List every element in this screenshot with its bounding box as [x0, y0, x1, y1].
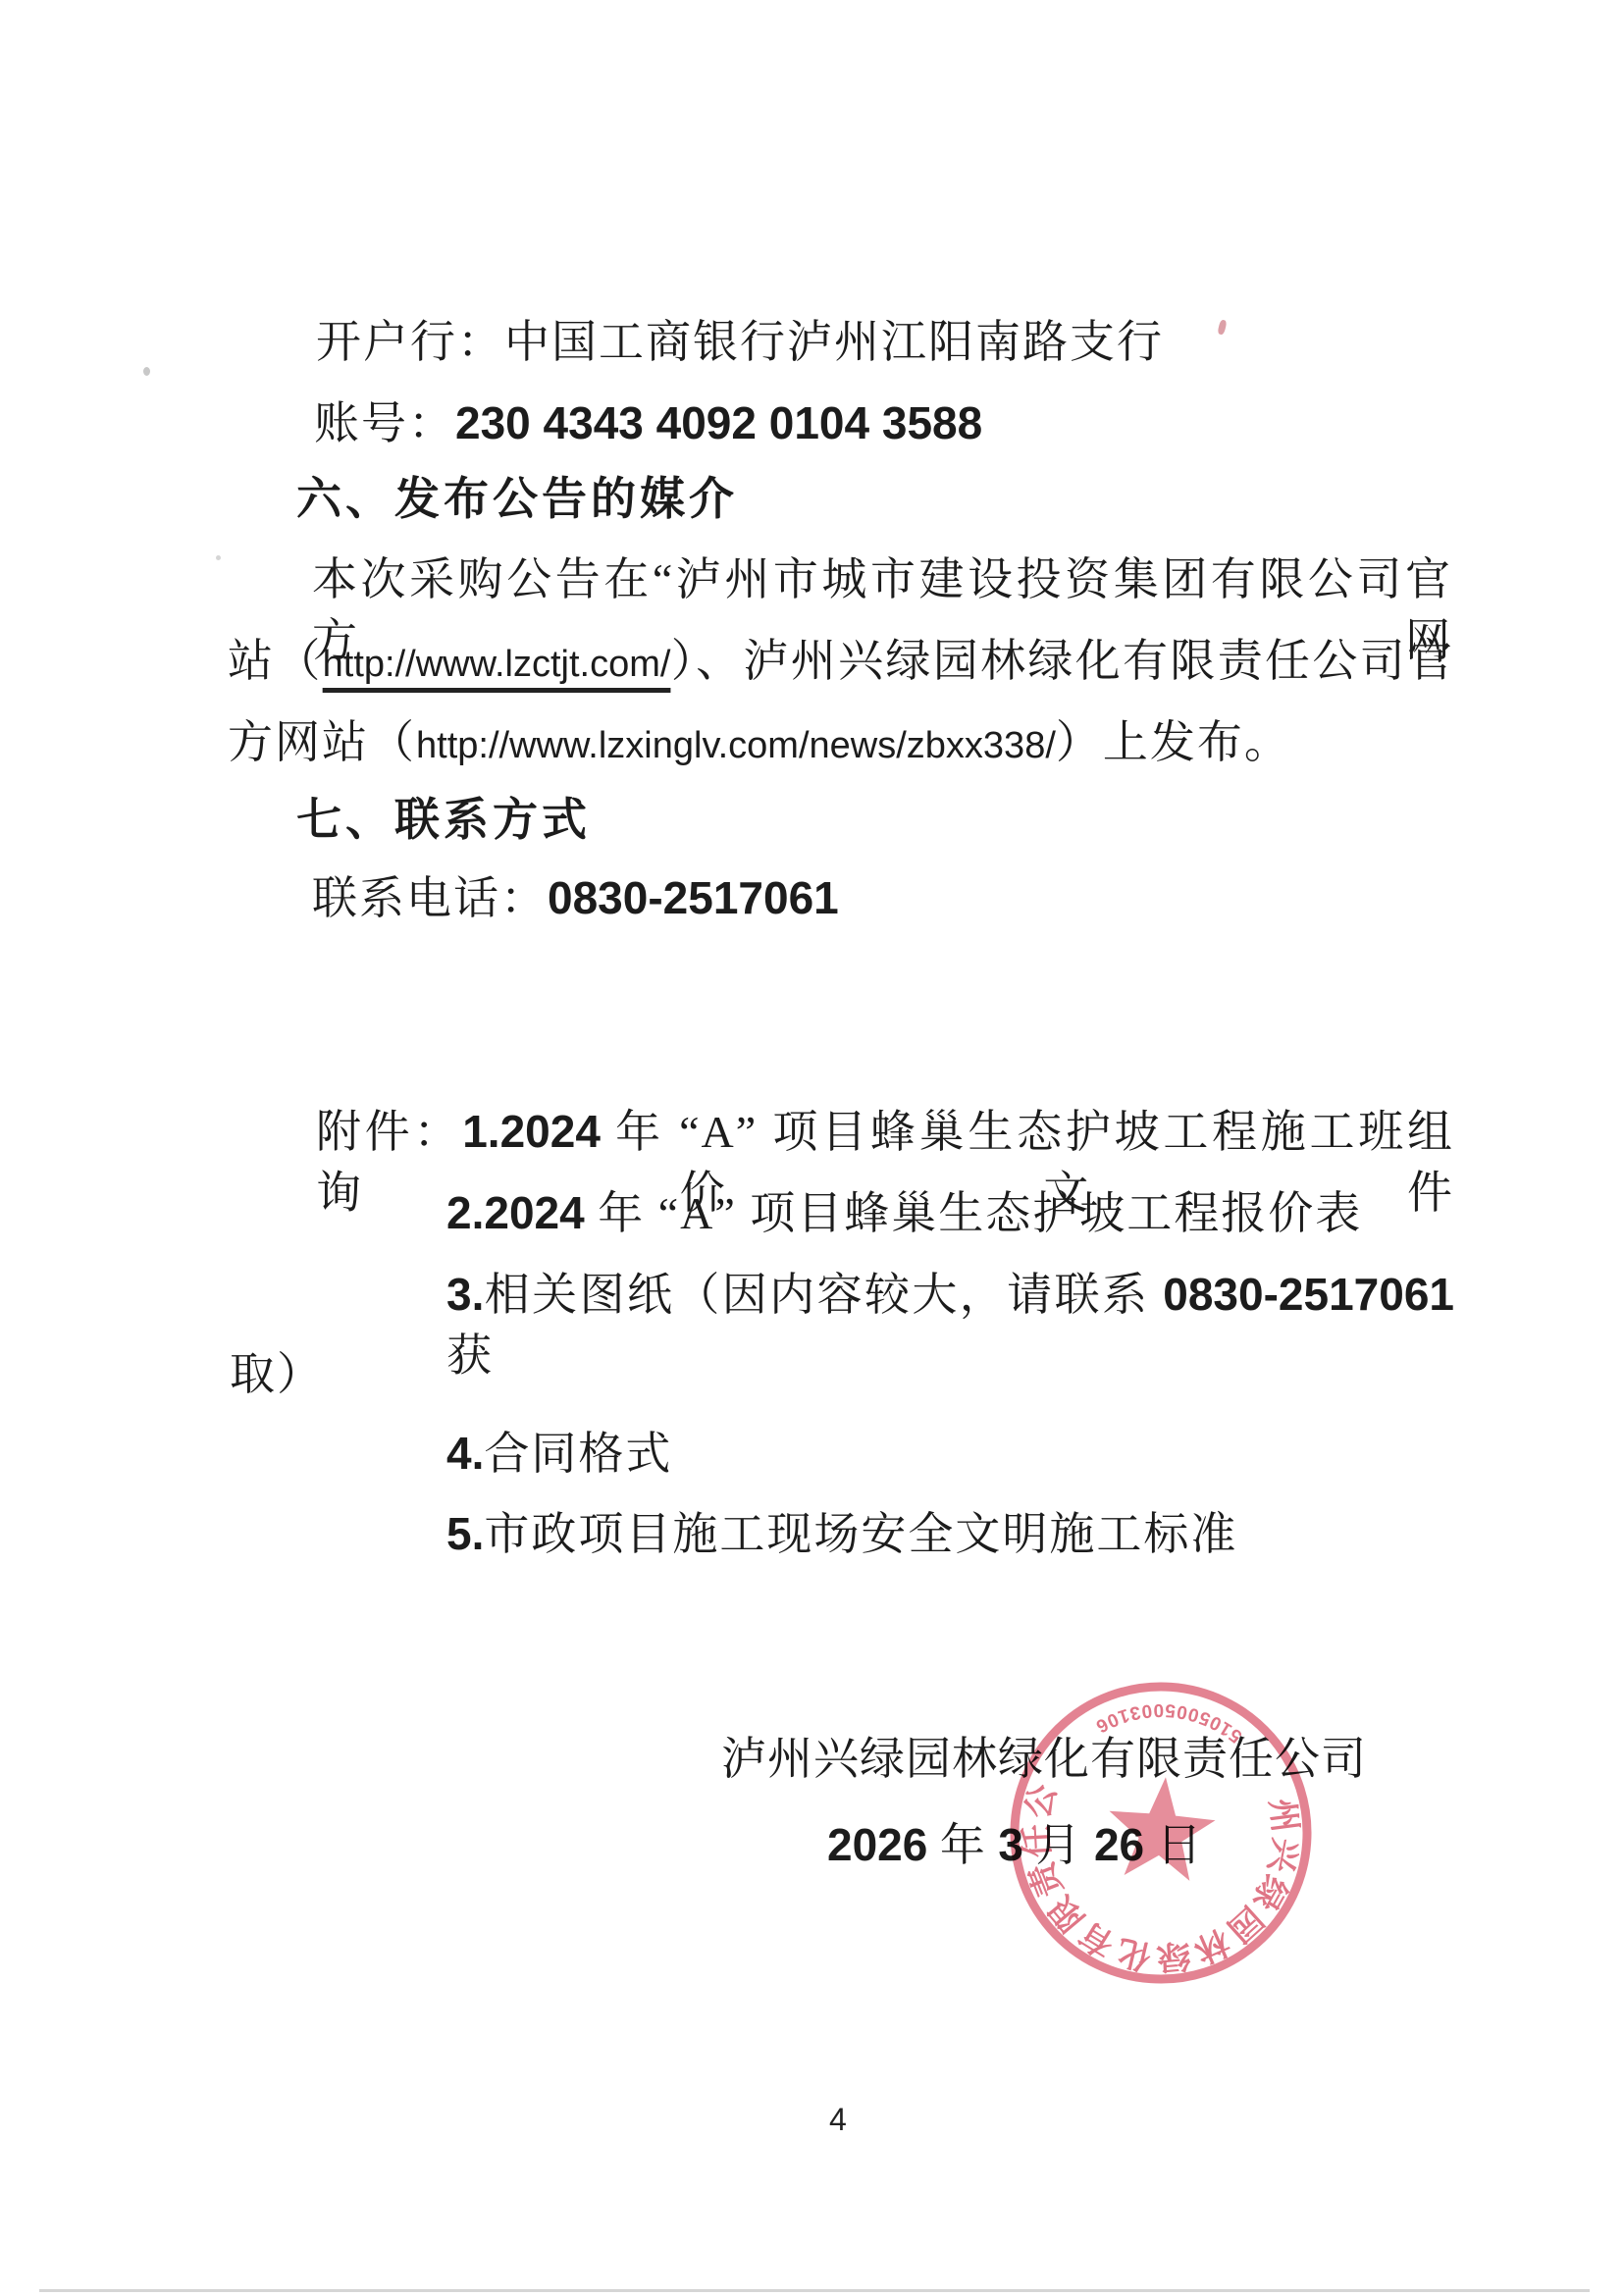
- document-page: 开户行：中国工商银行泸州江阳南路支行 账号：230 4343 4092 0104…: [0, 0, 1623, 2296]
- contact-label: 联系电话：: [312, 873, 548, 923]
- announcement-line-3: 方网站（http://www.lzxinglv.com/news/zbxx338…: [228, 712, 1291, 776]
- attachment-1-number: 1.2024: [462, 1106, 601, 1157]
- section-6-heading: 六、发布公告的媒介: [296, 468, 738, 529]
- attachment-3-phone: 0830-2517061: [1163, 1269, 1454, 1320]
- official-seal: 泸州兴绿园林绿化有限责任公司 5105005003106: [999, 1671, 1323, 1995]
- attachment-3-text: 相关图纸（因内容较大，请联系: [484, 1270, 1163, 1320]
- announcement-line2-post: ）、泸州兴绿园林绿化有限责任公司官: [670, 636, 1454, 686]
- attachment-item-4: 4.合同格式: [446, 1423, 672, 1485]
- announcement-line-2: 站（http://www.lzctjt.com/）、泸州兴绿园林绿化有限责任公司…: [228, 631, 1454, 695]
- attachment-4-number: 4.: [446, 1428, 484, 1479]
- contact-phone-number: 0830-2517061: [548, 872, 839, 923]
- attachment-5-text: 市政项目施工现场安全文明施工标准: [484, 1509, 1237, 1559]
- attachment-5-number: 5.: [446, 1508, 484, 1559]
- scan-speck: [216, 555, 221, 560]
- attachment-item-2: 2.2024 年 “A” 项目蜂巢生态护坡工程报价表: [446, 1182, 1362, 1244]
- bank-text: 开户行：中国工商银行泸州江阳南路支行: [316, 317, 1164, 367]
- announcement-line3-post: ）上发布。: [1056, 717, 1291, 767]
- announcement-line2-pre: 站（: [228, 636, 323, 686]
- scan-bottom-edge: [39, 2289, 1590, 2292]
- attachment-3-tail: 获: [446, 1331, 494, 1381]
- announcement-line3-pre: 方网站（: [228, 717, 416, 767]
- attachment-item-3: 3.相关图纸（因内容较大，请联系 0830-2517061 获: [446, 1264, 1454, 1386]
- account-label: 账号：: [314, 398, 455, 448]
- attachment-item-3-wrap: 取）: [230, 1344, 324, 1405]
- section-7-heading: 七、联系方式: [296, 789, 591, 850]
- date-year-label: 年: [927, 1820, 998, 1870]
- attachment-3-number: 3.: [446, 1269, 484, 1320]
- seal-star-icon: [1104, 1772, 1219, 1882]
- account-number: 230 4343 4092 0104 3588: [455, 397, 982, 448]
- scan-speck-red: [1217, 319, 1227, 335]
- lzxinglv-url-text: http://www.lzxinglv.com/news/zbxx338/: [416, 725, 1056, 766]
- account-line: 账号：230 4343 4092 0104 3588: [314, 392, 982, 454]
- date-year: 2026: [827, 1819, 927, 1870]
- attachment-2-text: 年 “A” 项目蜂巢生态护坡工程报价表: [585, 1188, 1363, 1238]
- attachments-label: 附件：: [316, 1107, 462, 1157]
- bank-line: 开户行：中国工商银行泸州江阳南路支行: [316, 312, 1164, 373]
- page-number: 4: [829, 2102, 847, 2138]
- attachment-4-text: 合同格式: [484, 1429, 672, 1479]
- contact-phone-line: 联系电话：0830-2517061: [312, 867, 839, 929]
- lzctjt-url-link[interactable]: http://www.lzctjt.com/: [323, 644, 671, 685]
- scan-speck: [143, 367, 150, 376]
- attachment-2-number: 2.2024: [446, 1187, 585, 1238]
- attachment-item-5: 5.市政项目施工现场安全文明施工标准: [446, 1503, 1237, 1565]
